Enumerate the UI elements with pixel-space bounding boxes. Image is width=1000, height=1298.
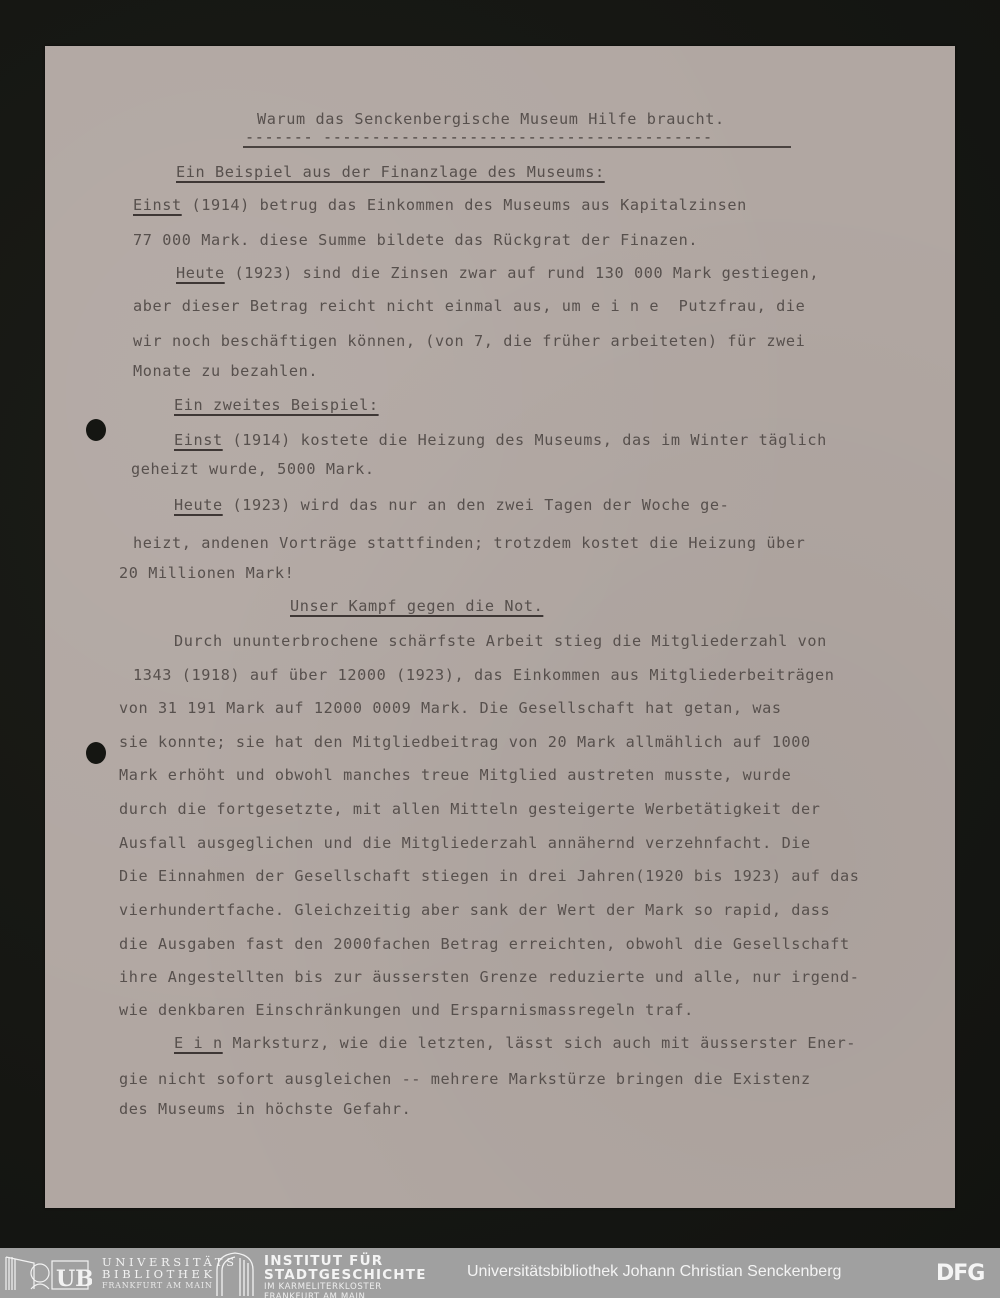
paragraph-line: Die Einnahmen der Gesellschaft stiegen i… xyxy=(119,867,860,885)
title-rule xyxy=(243,146,791,148)
punch-hole xyxy=(86,419,106,441)
emphasis-ein: E i n xyxy=(174,1034,223,1052)
paragraph-line: ihre Angestellten bis zur äussersten Gre… xyxy=(119,968,860,986)
paragraph-line: Durch ununterbrochene schärfste Arbeit s… xyxy=(174,632,827,650)
paragraph-line: durch die fortgesetzte, mit allen Mittel… xyxy=(119,800,821,818)
paragraph-line: vierhundertfache. Gleichzeitig aber sank… xyxy=(119,901,830,919)
footer-bar: UB UNIVERSITÄTS BIBLIOTHEK FRANKFURT AM … xyxy=(0,1248,1000,1298)
ub-logo-mark-icon: UB xyxy=(4,1255,92,1291)
punch-hole xyxy=(86,742,106,764)
isg-logo[interactable]: INSTITUT FÜR STADTGESCHICHTE IM KARMELIT… xyxy=(214,1252,414,1296)
paragraph-line: Einst (1914) betrug das Einkommen des Mu… xyxy=(133,196,747,214)
section-heading-3: Unser Kampf gegen die Not. xyxy=(290,597,543,615)
paragraph-line: 20 Millionen Mark! xyxy=(119,564,294,582)
paragraph-line: Monate zu bezahlen. xyxy=(133,362,318,380)
paragraph-line: geheizt wurde, 5000 Mark. xyxy=(131,460,375,478)
paragraph-line: wie denkbaren Einschränkungen und Erspar… xyxy=(119,1001,694,1019)
paragraph-line: Mark erhöht und obwohl manches treue Mit… xyxy=(119,766,791,784)
paragraph-line: wir noch beschäftigen können, (von 7, di… xyxy=(133,332,805,350)
paragraph-line: Heute (1923) wird das nur an den zwei Ta… xyxy=(174,496,729,514)
section-heading-1: Ein Beispiel aus der Finanzlage des Muse… xyxy=(176,163,605,181)
paragraph-line: von 31 191 Mark auf 12000 0009 Mark. Die… xyxy=(119,699,782,717)
gothic-arch-icon xyxy=(214,1252,256,1296)
paragraph-line: gie nicht sofort ausgleichen -- mehrere … xyxy=(119,1070,811,1088)
footer-library-name: Universitätsbibliothek Johann Christian … xyxy=(467,1263,841,1281)
paragraph-line: 77 000 Mark. diese Summe bildete das Rüc… xyxy=(133,231,698,249)
isg-logo-text: INSTITUT FÜR STADTGESCHICHTE IM KARMELIT… xyxy=(264,1254,427,1298)
svg-text:UB: UB xyxy=(56,1266,92,1291)
paragraph-line: des Museums in höchste Gefahr. xyxy=(119,1100,411,1118)
paragraph-line: 1343 (1918) auf über 12000 (1923), das E… xyxy=(133,666,835,684)
paragraph-line: Ausfall ausgeglichen und die Mitgliederz… xyxy=(119,834,811,852)
paragraph-line: sie konnte; sie hat den Mitgliedbeitrag … xyxy=(119,733,811,751)
paragraph-line: die Ausgaben fast den 2000fachen Betrag … xyxy=(119,935,850,953)
emphasis-heute: Heute xyxy=(176,264,225,282)
title-dash-underline: ------- --------------------------------… xyxy=(245,131,713,143)
document-title: Warum das Senckenbergische Museum Hilfe … xyxy=(257,110,725,128)
dfg-logo[interactable]: DFG xyxy=(936,1261,984,1286)
emphasis-einst: Einst xyxy=(174,431,223,449)
emphasis-heute: Heute xyxy=(174,496,223,514)
paragraph-line: aber dieser Betrag reicht nicht einmal a… xyxy=(133,297,805,315)
paragraph-line: E i n Marksturz, wie die letzten, lässt … xyxy=(174,1034,856,1052)
paragraph-line: Einst (1914) kostete die Heizung des Mus… xyxy=(174,431,827,449)
paragraph-line: heizt, andenen Vorträge stattfinden; tro… xyxy=(133,534,805,552)
section-heading-2: Ein zweites Beispiel: xyxy=(174,396,379,414)
ub-logo[interactable]: UB UNIVERSITÄTS BIBLIOTHEK FRANKFURT AM … xyxy=(4,1252,204,1294)
document-page: Warum das Senckenbergische Museum Hilfe … xyxy=(45,46,955,1208)
emphasis-einst: Einst xyxy=(133,196,182,214)
paragraph-line: Heute (1923) sind die Zinsen zwar auf ru… xyxy=(176,264,819,282)
